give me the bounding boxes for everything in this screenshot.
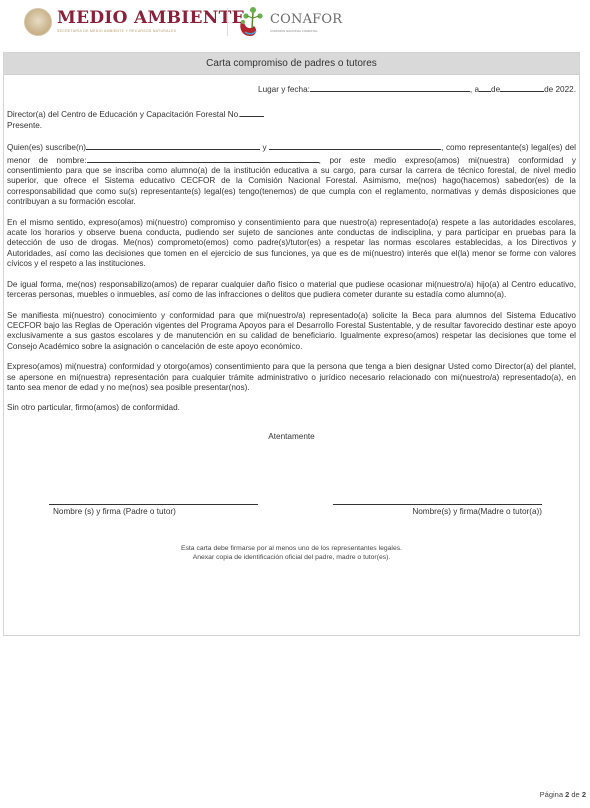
conafor-logo-subtitle: COMISIÓN NACIONAL FORESTAL	[270, 29, 318, 33]
paragraph-damages: De igual forma, me(nos) responsabilizo(a…	[7, 280, 576, 301]
p1-text-c: , como representante(s) legal(es)	[441, 143, 562, 152]
logo-divider	[227, 8, 228, 36]
paragraph-representation: Expreso(amos) mi(nuestra) conformidad y …	[7, 362, 576, 393]
mexico-seal-icon	[24, 8, 52, 36]
representative-1-field[interactable]	[86, 141, 260, 150]
signature-father-label: Nombre (s) y firma (Padre o tutor)	[49, 507, 176, 516]
place-date-line: Lugar y fecha:, adede 2022.	[7, 83, 576, 95]
page-total: 2	[582, 790, 586, 799]
signature-mother-label: Nombre(s) y firma(Madre o tutor(a))	[412, 507, 542, 516]
minor-name-field[interactable]	[87, 154, 319, 163]
footnote: Esta carta debe firmarse por al menos un…	[7, 544, 576, 562]
semarnat-logo-subtitle: SECRETARÍA DE MEDIO AMBIENTE Y RECURSOS …	[57, 29, 176, 33]
conafor-logo-title: CONAFOR	[270, 12, 342, 27]
letter-form: Carta compromiso de padres o tutores Lug…	[3, 52, 580, 636]
director-line: Director(a) del Centro de Educación y Ca…	[7, 110, 240, 119]
center-number-field[interactable]	[240, 108, 264, 117]
place-date-label: Lugar y fecha:	[258, 85, 310, 94]
year-label: de 2022.	[544, 85, 576, 94]
place-date-field[interactable]	[310, 83, 470, 92]
closing-atentamente: Atentamente	[7, 432, 576, 442]
paragraph-consent: Quien(es) suscribe(n) y , como represent…	[7, 141, 576, 207]
form-title: Carta compromiso de padres o tutores	[4, 53, 579, 75]
month-field[interactable]	[500, 83, 544, 92]
signature-section: Nombre (s) y firma (Padre o tutor) Nombr…	[7, 504, 576, 544]
day-field[interactable]	[479, 83, 491, 92]
page-of: de	[571, 790, 579, 799]
signature-mother-line[interactable]: Nombre(s) y firma(Madre o tutor(a))	[333, 504, 542, 517]
conafor-tree-icon	[236, 6, 266, 38]
document-header-logos: MEDIO AMBIENTE SECRETARÍA DE MEDIO AMBIE…	[0, 0, 590, 44]
page-number: Página 2 de 2	[540, 790, 586, 799]
signature-father-line[interactable]: Nombre (s) y firma (Padre o tutor)	[49, 504, 258, 517]
p1-text-b: y	[260, 143, 269, 152]
paragraph-scholarship: Se manifiesta mi(nuestro) conocimiento y…	[7, 311, 576, 353]
semarnat-logo-title: MEDIO AMBIENTE	[57, 8, 245, 28]
representative-2-field[interactable]	[269, 141, 441, 150]
footnote-line-1: Esta carta debe firmarse por al menos un…	[7, 544, 576, 553]
paragraph-closing: Sin otro particular, firmo(amos) de conf…	[7, 403, 576, 413]
day-label: , a	[470, 85, 479, 94]
p1-text-a: Quien(es) suscribe(n)	[7, 143, 86, 152]
footnote-line-2: Anexar copia de identificación oficial d…	[7, 553, 576, 562]
paragraph-conduct: En el mismo sentido, expreso(amos) mi(nu…	[7, 218, 576, 270]
p1-text-e: , por este medio expreso(amos) mi(nuestr…	[7, 156, 576, 207]
page-current: 2	[565, 790, 569, 799]
page-label: Página	[540, 790, 563, 799]
addressee: Director(a) del Centro de Educación y Ca…	[7, 108, 576, 131]
month-label: de	[491, 85, 500, 94]
presente-text: Presente.	[7, 121, 42, 130]
